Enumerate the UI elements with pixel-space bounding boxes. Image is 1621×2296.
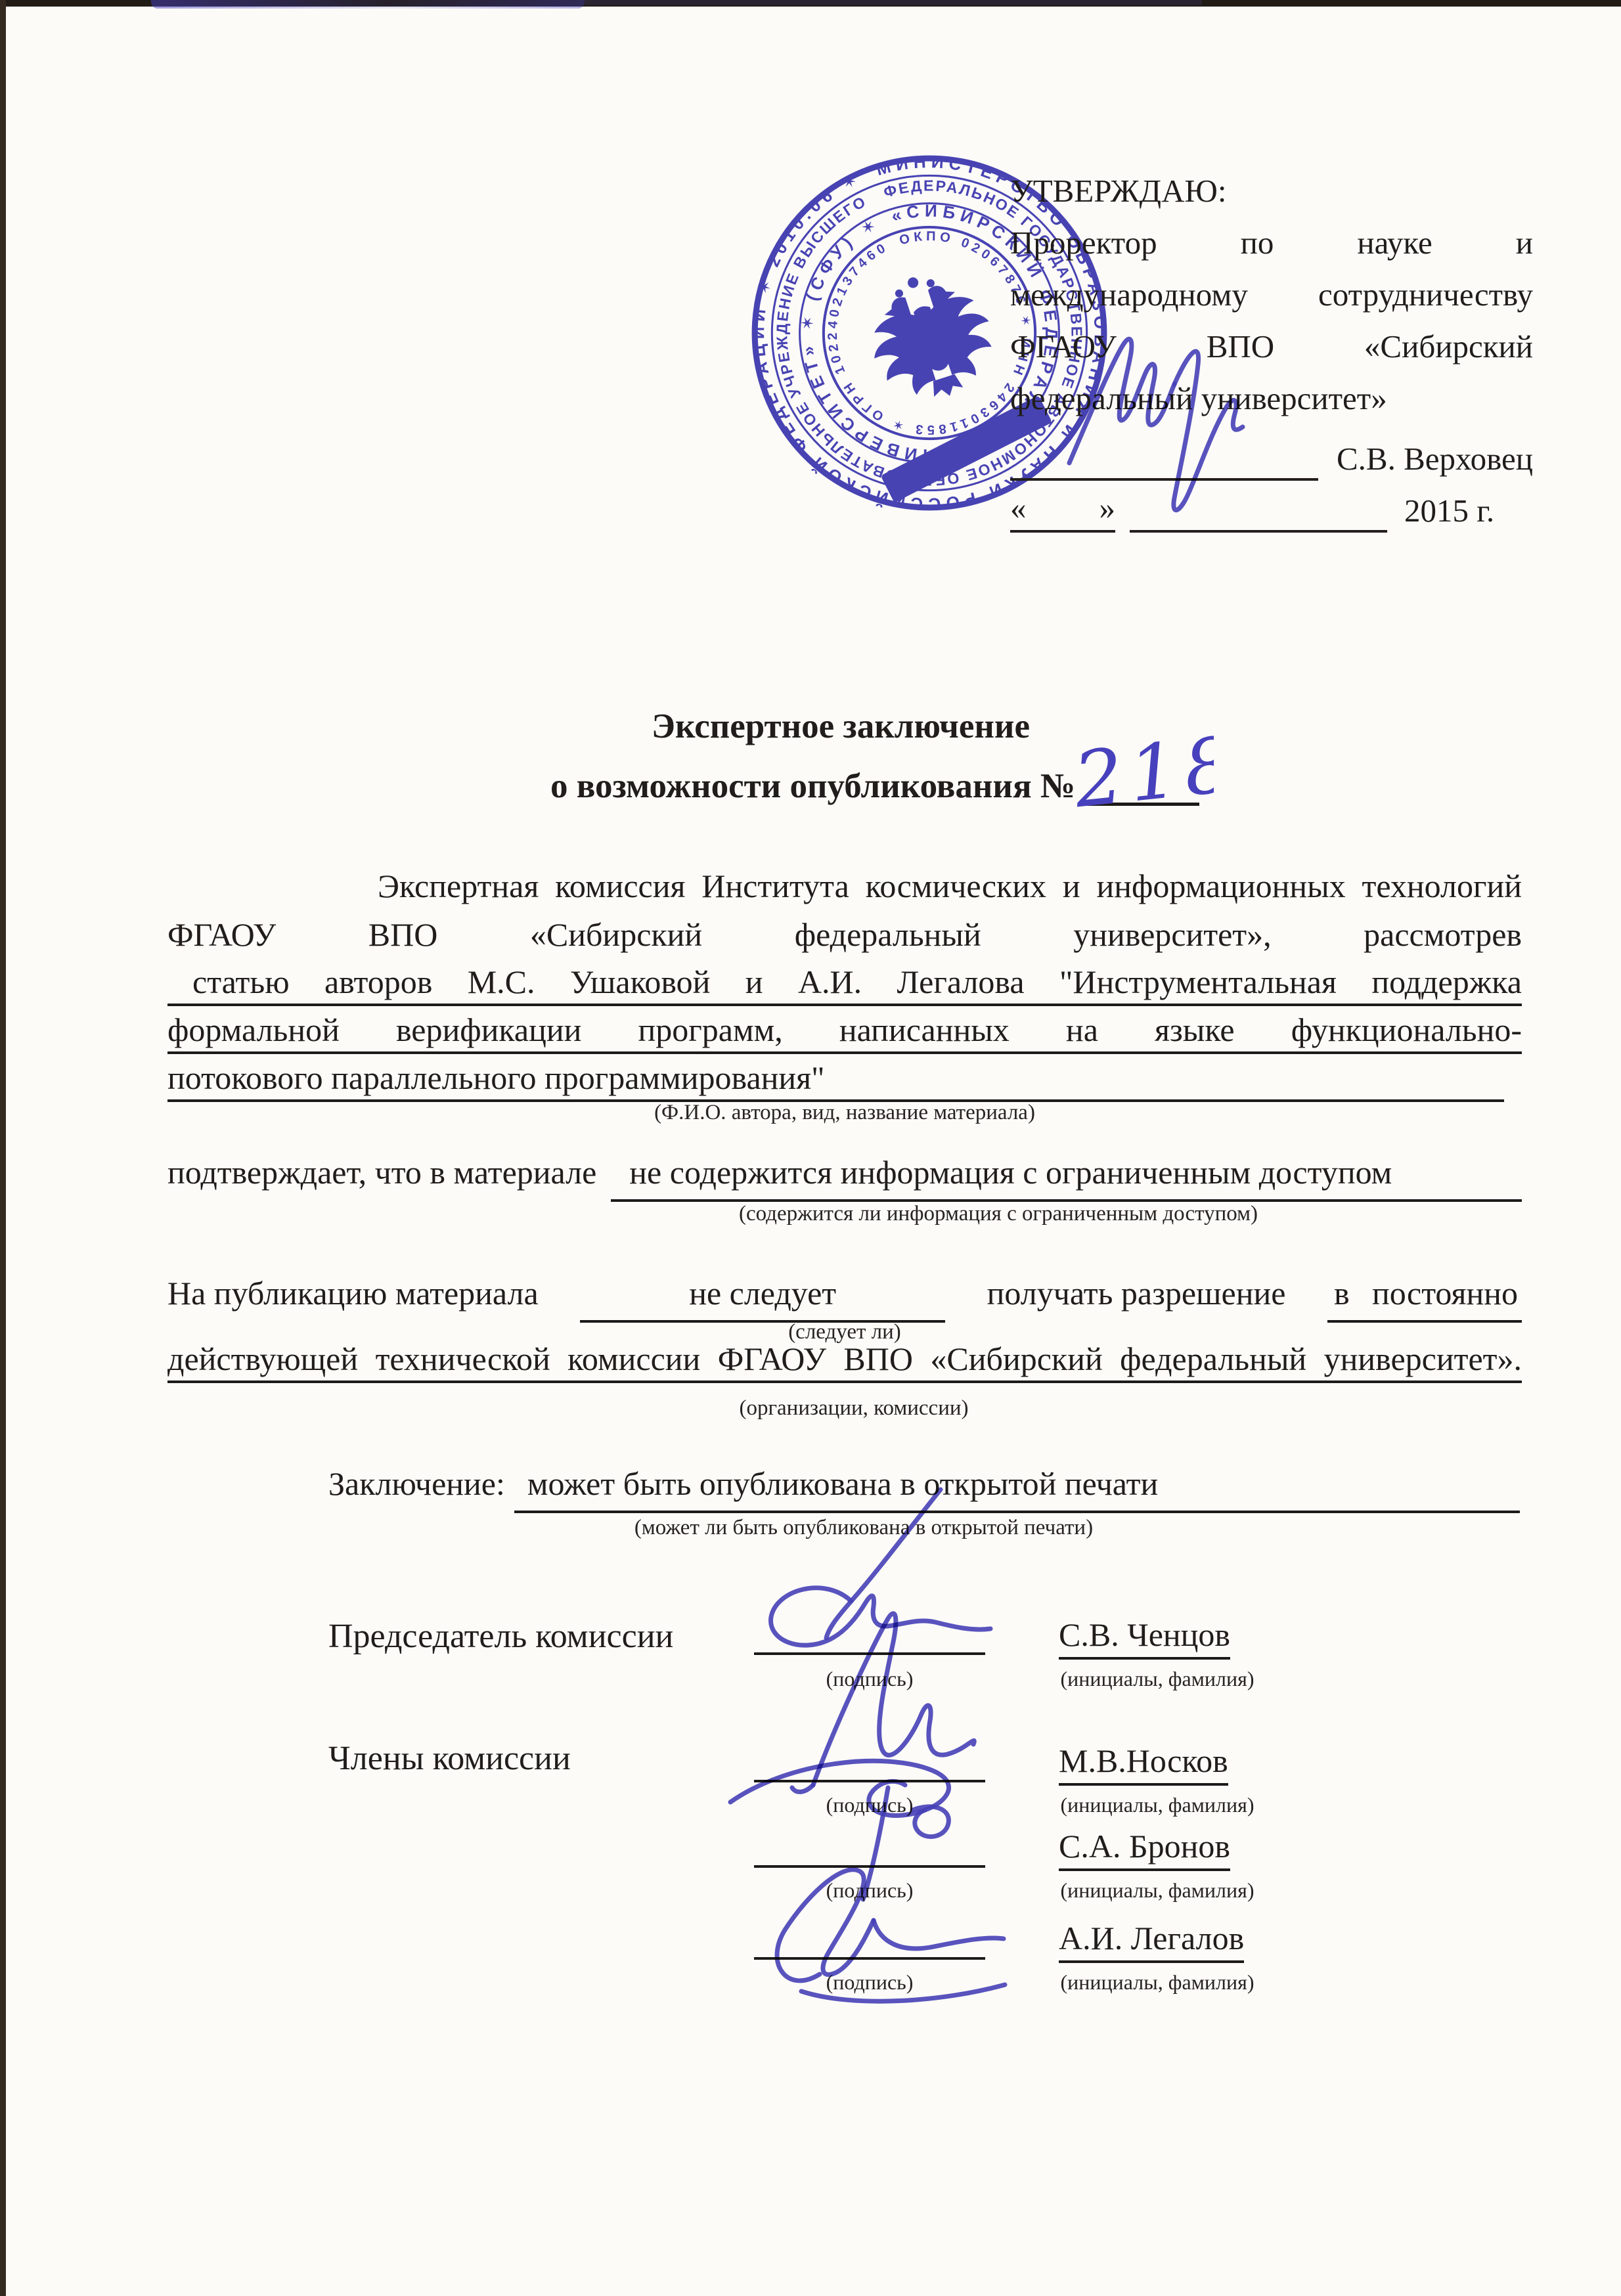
- approval-line: международному сотрудничеству: [1010, 273, 1533, 325]
- members-label: Члены комиссии: [328, 1739, 571, 1778]
- body-line-underlined: потокового параллельного программировани…: [167, 1056, 1522, 1105]
- body-line-underlined: действующей технической комиссии ФГАОУ В…: [167, 1337, 1522, 1386]
- scanned-document-page: МИНИСТЕРСТВО ОБРАЗОВАНИЯ И НАУКИ РОССИЙС…: [0, 0, 1621, 2296]
- name-caption: (инициалы, фамилия): [1039, 1793, 1276, 1817]
- field-caption: (содержится ли информация с ограниченным…: [460, 1202, 1537, 1226]
- body-line: Экспертная комиссия Института космически…: [167, 864, 1522, 913]
- document-title: Экспертное заключение: [60, 707, 1621, 746]
- signature-legalov: [722, 1839, 1038, 2010]
- date-year: 2015 г.: [1404, 489, 1494, 533]
- row-mid-text: получать разрешение: [987, 1274, 1286, 1312]
- quote-open: «: [1010, 487, 1027, 530]
- name-caption: (инициалы, фамилия): [1039, 1970, 1276, 1995]
- svg-text:218: 218: [1069, 720, 1214, 825]
- committee-member-name: М.В.Носков: [1059, 1742, 1228, 1780]
- handwritten-number: 218: [1069, 720, 1214, 835]
- signature-verhovets: [1051, 328, 1333, 545]
- approval-line: Проректор по науке и: [1010, 221, 1533, 273]
- row-prefix: Заключение:: [328, 1465, 505, 1503]
- name-caption: (инициалы, фамилия): [1039, 1667, 1276, 1691]
- double-headed-eagle-icon: [854, 259, 1007, 414]
- chair-label: Председатель комиссии: [328, 1617, 673, 1656]
- restricted-info-row: подтверждает, что в материале не содержи…: [167, 1153, 1522, 1202]
- body-line: ФГАОУ ВПО «Сибирский федеральный универс…: [167, 913, 1522, 961]
- row-prefix: подтверждает, что в материале: [167, 1153, 596, 1191]
- body-line-underlined: статью авторов М.С. Ушаковой и А.И. Лега…: [167, 960, 1522, 1009]
- ink-smear-artifact: [151, 0, 585, 9]
- row-prefix: На публикацию материала: [167, 1274, 539, 1312]
- filled-field: в постоянно: [1327, 1274, 1522, 1323]
- committee-member-name: С.В. Ченцов: [1059, 1616, 1230, 1654]
- body-line-underlined: формальной верификации программ, написан…: [167, 1008, 1522, 1057]
- filled-field: не следует: [580, 1274, 945, 1323]
- name-caption: (инициалы, фамилия): [1039, 1878, 1276, 1903]
- approver-name: С.В. Верховец: [1337, 437, 1533, 481]
- approval-heading: УТВЕРЖДАЮ:: [1010, 169, 1533, 221]
- filled-field: не содержится информация с ограниченным …: [611, 1153, 1522, 1202]
- scan-edge-left: [0, 0, 6, 2296]
- permission-row: На публикацию материала не следует получ…: [167, 1274, 1522, 1323]
- committee-member-name: А.И. Легалов: [1059, 1919, 1244, 1957]
- field-caption: (организации, комиссии): [230, 1396, 1478, 1421]
- subtitle-text: о возможности опубликования №: [550, 766, 1075, 806]
- committee-member-name: С.А. Бронов: [1059, 1827, 1230, 1865]
- field-caption: (Ф.И.О. автора, вид, название материала): [167, 1101, 1522, 1125]
- ink-speckle-artifact: [585, 0, 1202, 5]
